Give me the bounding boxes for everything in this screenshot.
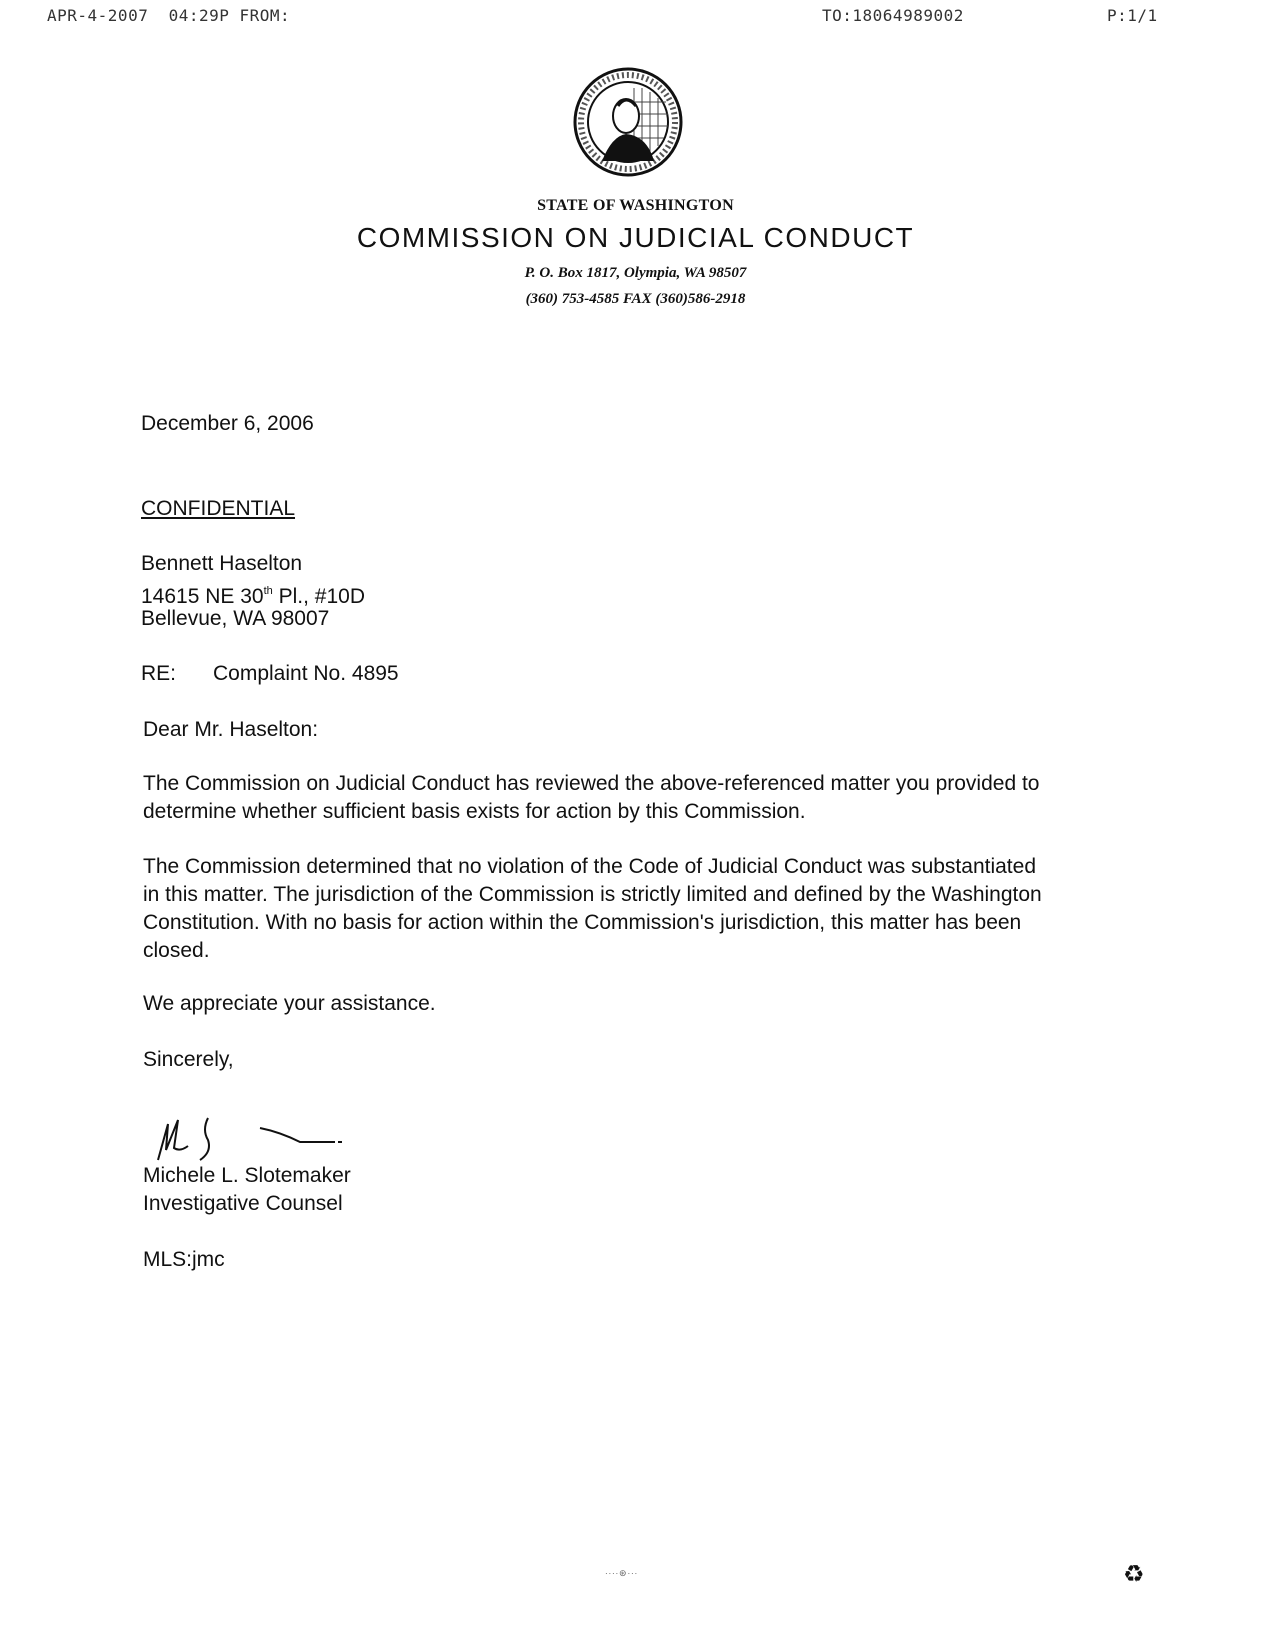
reference-line: RE:Complaint No. 4895 <box>141 660 399 688</box>
closing: Sincerely, <box>143 1046 234 1074</box>
fax-to-number: TO:18064989002 <box>822 6 964 25</box>
fax-transmission-header: APR-4-2007 04:29P FROM: TO:18064989002 P… <box>0 6 1271 30</box>
ordinal-suffix: th <box>264 585 273 597</box>
recipient-city-state-zip: Bellevue, WA 98007 <box>141 605 329 633</box>
reference-initials: MLS:jmc <box>143 1246 225 1274</box>
body-paragraph-1: The Commission on Judicial Conduct has r… <box>143 770 1043 826</box>
re-label: RE: <box>141 660 213 688</box>
salutation: Dear Mr. Haselton: <box>143 716 318 744</box>
body-paragraph-2: The Commission determined that no violat… <box>143 853 1043 965</box>
letterhead-state: STATE OF WASHINGTON <box>0 197 1271 215</box>
recycle-icon: ♻ <box>1123 1560 1145 1589</box>
appreciation-line: We appreciate your assistance. <box>143 990 436 1018</box>
union-printing-mark-icon: ∙∙∙∙⊛∙∙∙ <box>605 1568 638 1579</box>
letterhead-address: P. O. Box 1817, Olympia, WA 98507 <box>0 265 1271 282</box>
letter-date: December 6, 2006 <box>141 410 314 438</box>
fax-page-count: P:1/1 <box>1107 6 1158 25</box>
signer-name: Michele L. Slotemaker <box>143 1162 351 1190</box>
confidential-label: CONFIDENTIAL <box>141 495 295 523</box>
fax-sent-info: APR-4-2007 04:29P FROM: <box>47 6 290 25</box>
state-seal-icon <box>572 66 684 178</box>
signature-icon <box>150 1110 360 1165</box>
letterhead-organization: COMMISSION ON JUDICIAL CONDUCT <box>0 222 1271 254</box>
signer-title: Investigative Counsel <box>143 1190 343 1218</box>
recipient-name: Bennett Haselton <box>141 550 302 578</box>
letterhead-phone-fax: (360) 753-4585 FAX (360)586-2918 <box>0 291 1271 308</box>
complaint-number: Complaint No. 4895 <box>213 662 399 685</box>
